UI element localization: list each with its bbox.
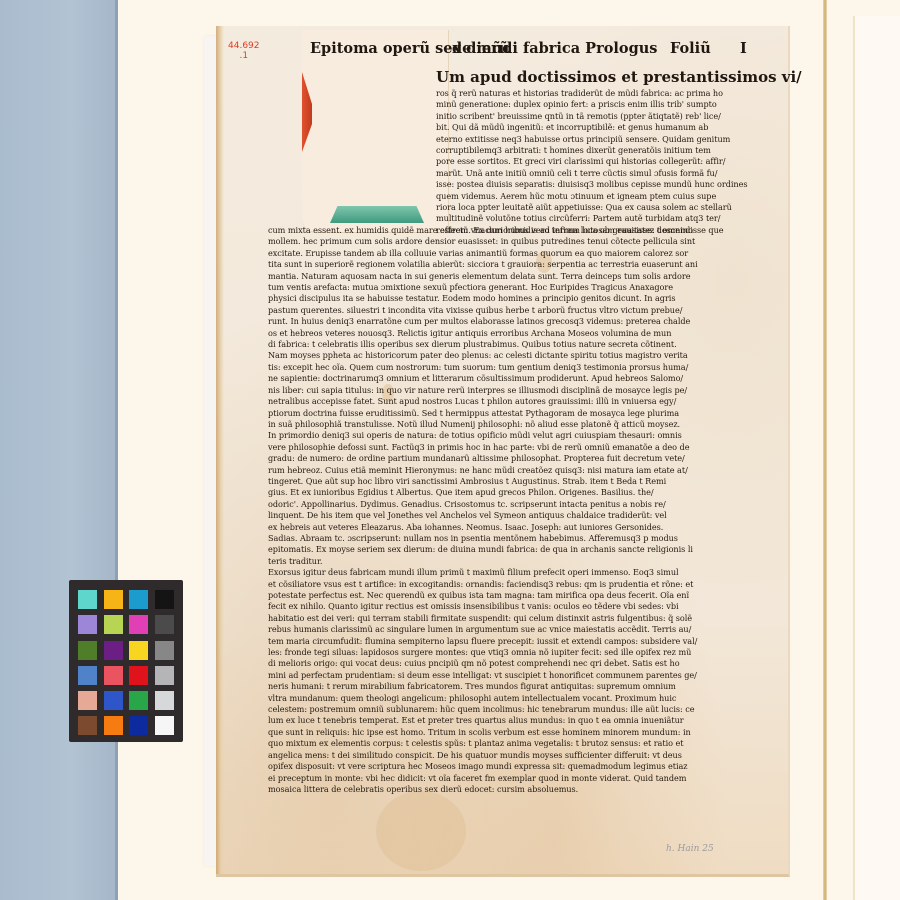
- text-line: minũ generatione: duplex opinio fert: a …: [436, 99, 778, 110]
- text-line: In primordio deniq3 sui operis de natura…: [268, 430, 778, 441]
- text-line: linquent. De his item que vel Jonethes v…: [268, 510, 778, 521]
- text-line: marũt. Unã ante initiũ omniũ celi t terr…: [436, 168, 778, 179]
- text-line: multitudinẽ volutõne totius circũferri: …: [436, 213, 778, 224]
- shelfmark-line-2: .1: [228, 51, 260, 61]
- text-line: physici discipulus ita se habuisse testa…: [268, 293, 778, 304]
- text-line: vltra mundanum: quem theologi angelicum:…: [268, 693, 778, 704]
- color-swatch: [104, 641, 123, 660]
- opening-line: Um apud doctissimos et prestantissimos v…: [436, 68, 776, 86]
- text-line: mini ad perfectam prudentiam: si deum es…: [268, 670, 778, 681]
- water-stain: [376, 791, 466, 871]
- text-line: mantia. Naturam aquosam nacta in sui gen…: [268, 271, 778, 282]
- text-line: mosaica littera de celebratis operibus s…: [268, 784, 778, 795]
- text-line: nis liber: cui sapia titulus: in quo vir…: [268, 385, 778, 396]
- pencil-annotation: h. Hain 25: [666, 844, 714, 854]
- mat-edge-rail: [823, 0, 827, 900]
- text-line: angelica mens: t dei similitudo conspici…: [268, 750, 778, 761]
- color-swatch: [155, 590, 174, 609]
- text-line: quo mixtum ex elementis corpus: t celest…: [268, 738, 778, 749]
- text-line: ros q̃ rerũ naturas et historias tradide…: [436, 88, 778, 99]
- color-swatch: [129, 716, 148, 735]
- color-swatch: [78, 641, 97, 660]
- text-line: tis: excepit hec oĩa. Quem cum nostrorum…: [268, 362, 778, 373]
- running-head: Epitoma operũ sex dierũ de mũdi fabrica …: [310, 40, 770, 62]
- text-line: ex hebreis aut veteres Eleazarus. Aba io…: [268, 522, 778, 533]
- text-line: potestate perfectus est. Nec querendũ ex…: [268, 590, 778, 601]
- text-line: gius. Et ex iunioribus Egidius t Albertu…: [268, 487, 778, 498]
- text-line: et cõsiliatore vsus est t artifice: in e…: [268, 579, 778, 590]
- color-swatch: [155, 716, 174, 735]
- text-line: que sunt in reliquis: hic ipse est homo.…: [268, 727, 778, 738]
- color-swatch: [155, 615, 174, 634]
- text-line: runt. In huius deniq3 enarratõne cum per…: [268, 316, 778, 327]
- text-line: neris humani: t rerum mirabilium fabrica…: [268, 681, 778, 692]
- text-line: eterno extitisse neq3 habuisse ortus pri…: [436, 134, 778, 145]
- color-swatch: [155, 666, 174, 685]
- color-swatch: [155, 691, 174, 710]
- text-line: Exorsus igitur deus fabricam mundi illum…: [268, 567, 778, 578]
- text-line: cum mixta essent. ex humidis quidẽ mare …: [268, 225, 778, 236]
- text-line: lum ex luce t tenebris temperat. Est et …: [268, 715, 778, 726]
- blue-background-board: [0, 0, 118, 900]
- text-line: tingeret. Que aũt sup hoc libro viri san…: [268, 476, 778, 487]
- text-line: riora loca ppter leuitatẽ aiũt appetiuis…: [436, 202, 778, 213]
- text-line: gradu: de numero: de ordine partium mund…: [268, 453, 778, 464]
- text-line: in suã philosophiã transtulisse. Notũ il…: [268, 419, 778, 430]
- folio-number: I: [740, 40, 747, 57]
- text-line: habitatio est dei veri: qui terram stabi…: [268, 613, 778, 624]
- full-width-text-block: cum mixta essent. ex humidis quidẽ mare …: [268, 225, 778, 795]
- text-line: isse: postea diuisis separatis: diuisisq…: [436, 179, 778, 190]
- text-line: ptiorum doctrina fuisse eruditissimũ. Se…: [268, 408, 778, 419]
- folio-label: Foliũ: [670, 40, 711, 57]
- text-line: vere philosophie defossi sunt. Factũq3 i…: [268, 442, 778, 453]
- text-line: opifex disposuit: vt vere scriptura hec …: [268, 761, 778, 772]
- text-line: tem maria circumfudit: flumina sempitern…: [268, 636, 778, 647]
- text-line: odoric'. Appollinarius. Dydimus. Genadiu…: [268, 499, 778, 510]
- color-swatch: [78, 590, 97, 609]
- running-head-middle: de mũdi fabrica Prologus: [452, 40, 657, 57]
- text-line: ei preceptum in monte: vbi hec didicit: …: [268, 773, 778, 784]
- color-swatch: [129, 666, 148, 685]
- text-line: mollem. hec primum cum solis ardore dens…: [268, 236, 778, 247]
- text-line: di fabrica: t celebratis illis operibus …: [268, 339, 778, 350]
- text-line: rum hebreoz. Cuius etiã meminit Hieronym…: [268, 465, 778, 476]
- color-swatch: [129, 590, 148, 609]
- color-swatch: [104, 691, 123, 710]
- text-line: rebus humanis clarissimũ ac singulare lu…: [268, 624, 778, 635]
- color-swatch: [129, 691, 148, 710]
- green-initial-fragment: [330, 206, 424, 223]
- text-line: celestem: postremum omniũ sublunarem: hũ…: [268, 704, 778, 715]
- adjacent-mat-panel: [853, 16, 900, 900]
- text-line: tita sunt in superiorẽ regionem volatili…: [268, 259, 778, 270]
- text-line: os et hebreos veteres nouosq3. Relictis …: [268, 328, 778, 339]
- text-line: pore esse sortitos. Et greci viri claris…: [436, 156, 778, 167]
- shelfmark-line-1: 44.692: [228, 41, 260, 51]
- color-swatch: [104, 615, 123, 634]
- color-swatch: [155, 641, 174, 660]
- text-line: Sadias. Abraam tc. ɔscripserunt: nullam …: [268, 533, 778, 544]
- text-line: initio scribent' breuissime qntũ in tã r…: [436, 111, 778, 122]
- color-swatch: [129, 615, 148, 634]
- color-calibration-target: [69, 580, 183, 742]
- color-swatch: [78, 666, 97, 685]
- text-line: epitomatis. Ex moyse seriem sex dierum: …: [268, 544, 778, 555]
- color-swatch: [104, 716, 123, 735]
- color-swatch: [104, 666, 123, 685]
- color-swatch: [78, 716, 97, 735]
- shelfmark-label: 44.692 .1: [228, 41, 260, 61]
- text-line: di melioris origo: qui vocat deus: cuius…: [268, 658, 778, 669]
- text-line: ne sapientie: doctrinarumq3 omnium et li…: [268, 373, 778, 384]
- text-line: Nam moyses ppheta ac historicorum pater …: [268, 350, 778, 361]
- narrow-text-column: ros q̃ rerũ naturas et historias tradide…: [436, 88, 778, 236]
- color-swatch: [78, 615, 97, 634]
- color-swatch: [129, 641, 148, 660]
- text-line: quem videmus. Aerem hũc motu ɔtinuum et …: [436, 191, 778, 202]
- text-line: les: fronde tegi siluas: lapidosos surge…: [268, 647, 778, 658]
- incunable-leaf: 44.692 .1 Epitoma operũ sex dierũ de mũd…: [216, 26, 790, 877]
- text-line: fecit ex nihilo. Quanto igitur rectius e…: [268, 601, 778, 612]
- leaf-worn-edge: [216, 26, 224, 874]
- text-line: teris traditur.: [268, 556, 778, 567]
- text-line: bit. Qui dã mũdũ ingenitũ: et incorrupti…: [436, 122, 778, 133]
- text-line: tum ventis arefacta: mutua ɔmixtione sex…: [268, 282, 778, 293]
- text-line: corruptibilemq3 arbitrati: t homines dix…: [436, 145, 778, 156]
- text-line: netralibus accepisse fatet. Sunt apud no…: [268, 396, 778, 407]
- color-swatch: [104, 590, 123, 609]
- text-line: excitate. Erupisse tandem ab illa colluu…: [268, 248, 778, 259]
- text-line: pastum querentes. siluestri t incondita …: [268, 305, 778, 316]
- color-swatch: [78, 691, 97, 710]
